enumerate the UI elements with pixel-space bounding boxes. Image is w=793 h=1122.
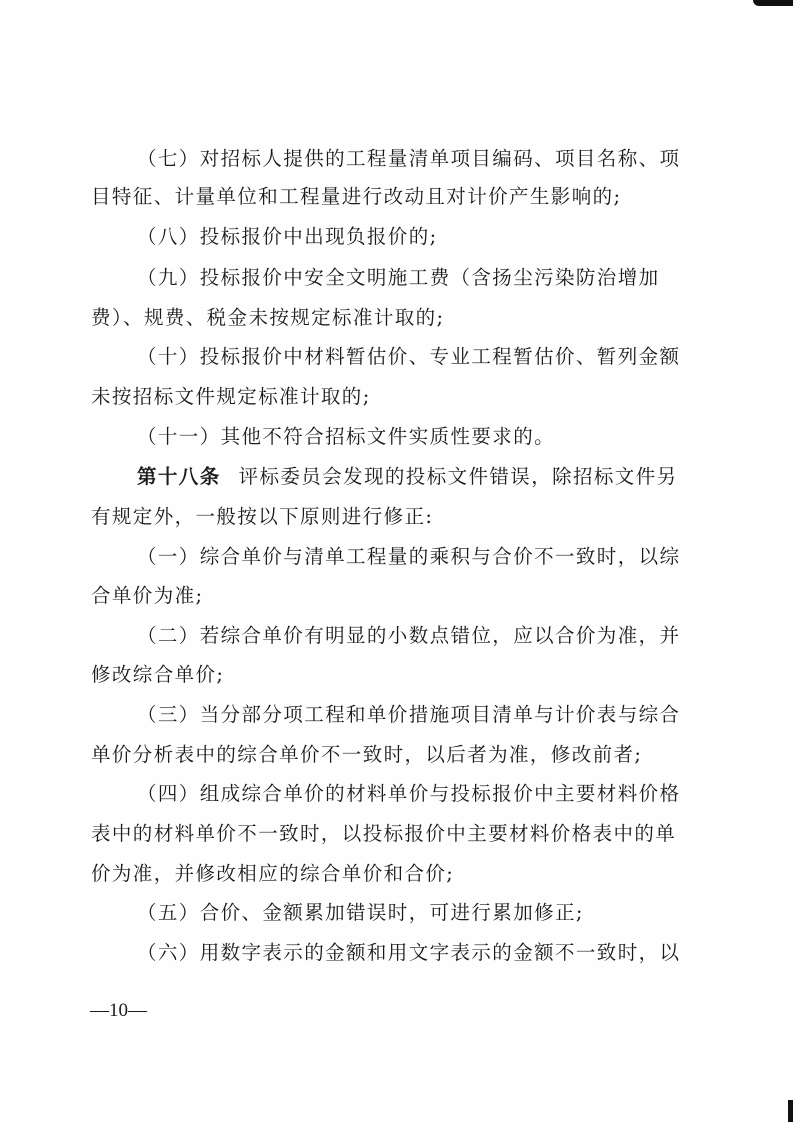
article-18-line-2: 有规定外，一般按以下原则进行修正:	[91, 502, 433, 532]
clause-11: （十一）其他不符合招标文件实质性要求的。	[137, 422, 555, 452]
article-heading: 第十八条	[137, 465, 221, 488]
correction-1-line-2: 合单价为准;	[91, 581, 203, 611]
document-page: （七）对招标人提供的工程量清单项目编码、项目名称、项 目特征、计量单位和工程量进…	[0, 0, 793, 1122]
correction-2-line-1: （二）若综合单价有明显的小数点错位，应以合价为准，并	[137, 621, 680, 651]
clause-10-line-1: （十）投标报价中材料暂估价、专业工程暂估价、暂列金额	[137, 342, 680, 372]
clause-7-line-1: （七）对招标人提供的工程量清单项目编码、项目名称、项	[137, 144, 680, 174]
correction-4-line-2: 表中的材料单价不一致时，以投标报价中主要材料价格表中的单	[91, 819, 676, 849]
correction-1-line-1: （一）综合单价与清单工程量的乘积与合价不一致时，以综	[137, 542, 680, 572]
correction-5: （五）合价、金额累加错误时，可进行累加修正;	[137, 898, 584, 928]
scan-artifact-top	[753, 0, 793, 6]
article-18-text: 评标委员会发现的投标文件错误，除招标文件另	[239, 465, 678, 488]
correction-2-line-2: 修改综合单价;	[91, 660, 224, 690]
scan-artifact-bottom	[788, 1100, 793, 1122]
correction-4-line-1: （四）组成综合单价的材料单价与投标报价中主要材料价格	[137, 779, 680, 809]
correction-6-line-1: （六）用数字表示的金额和用文字表示的金额不一致时，以	[137, 938, 680, 968]
clause-8: （八）投标报价中出现负报价的;	[137, 222, 438, 252]
correction-3-line-2: 单价分析表中的综合单价不一致时，以后者为准，修改前者;	[91, 740, 642, 770]
article-18-line-1: 第十八条评标委员会发现的投标文件错误，除招标文件另	[137, 462, 678, 492]
correction-4-line-3: 价为准，并修改相应的综合单价和合价;	[91, 859, 454, 889]
page-number: —10—	[90, 1000, 147, 1022]
clause-9-line-1: （九）投标报价中安全文明施工费（含扬尘污染防治增加	[137, 263, 660, 293]
clause-7-line-2: 目特征、计量单位和工程量进行改动且对计价产生影响的;	[91, 182, 621, 212]
correction-3-line-1: （三）当分部分项工程和单价措施项目清单与计价表与综合	[137, 700, 680, 730]
clause-10-line-2: 未按招标文件规定标准计取的;	[91, 382, 371, 412]
clause-9-line-2: 费）、规费、税金未按规定标准计取的;	[91, 303, 445, 333]
